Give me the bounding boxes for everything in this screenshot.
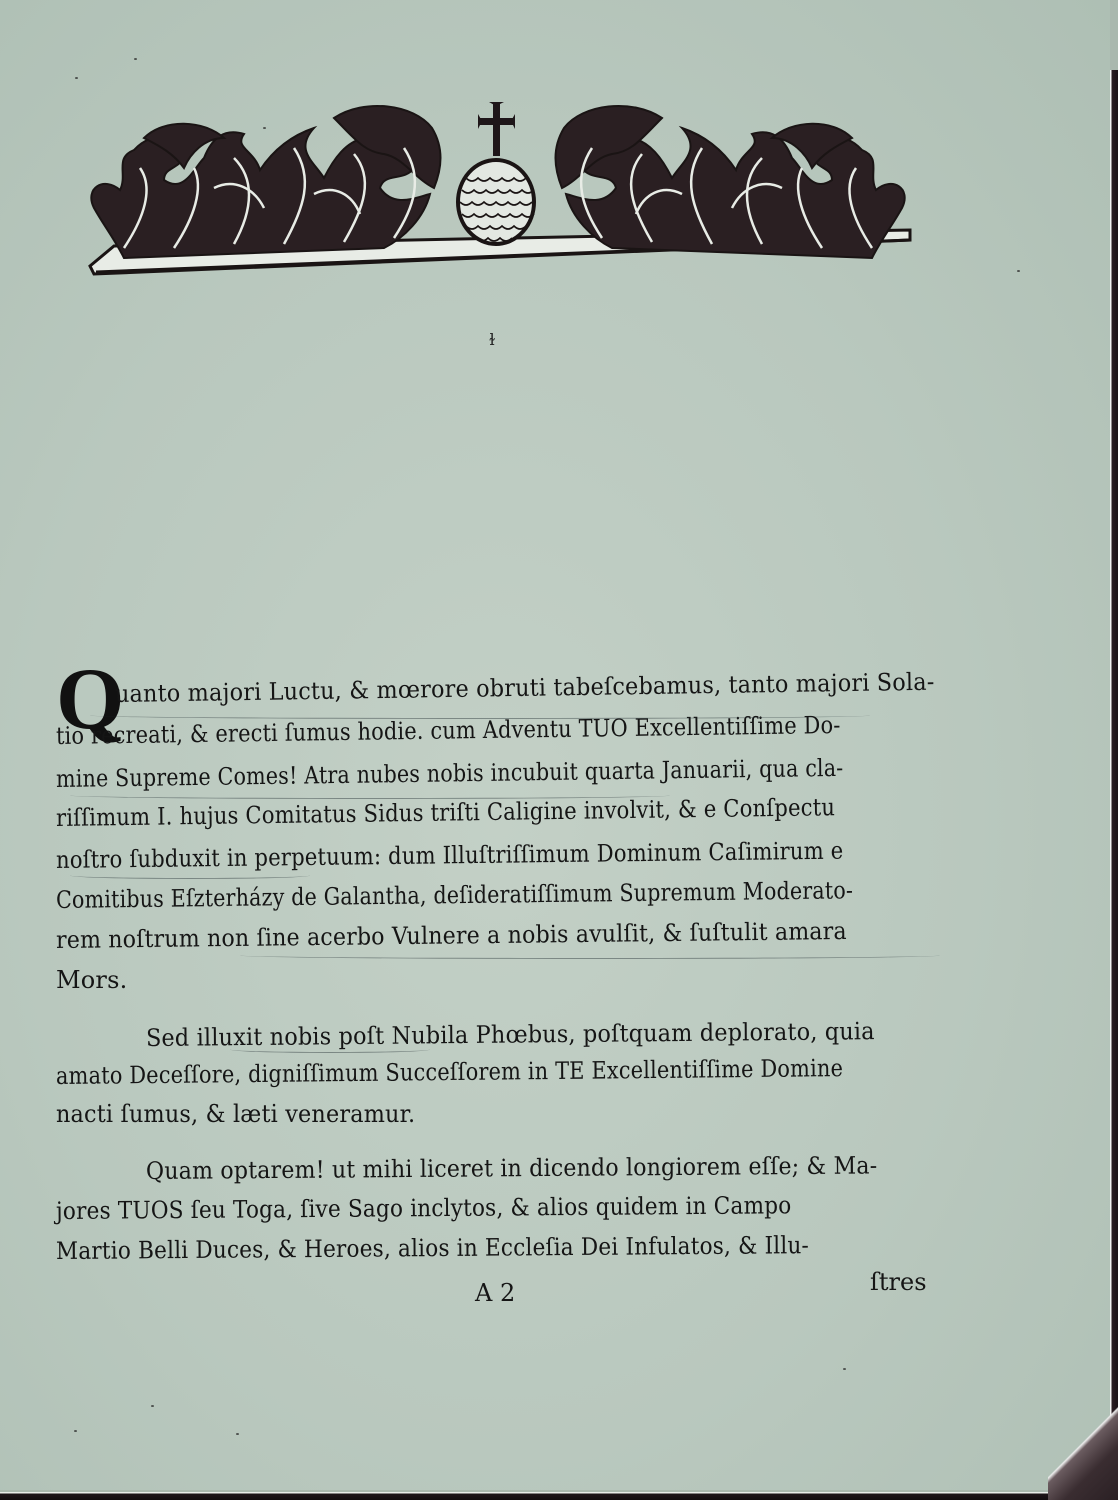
page-edge-shadow	[1110, 70, 1118, 1500]
text-line: jores TUOS ſeu Toga, ſive Sago inclytos,…	[56, 1191, 792, 1225]
paper-speck	[843, 1368, 846, 1370]
text-line: nacti ſumus, & læti veneramur.	[56, 1100, 415, 1128]
pencil-underline	[70, 792, 670, 799]
pencil-underline	[90, 712, 870, 719]
text-line: noſtro ſubduxit in perpetuum: dum Illuſt…	[56, 837, 844, 874]
signature-mark: A 2	[475, 1279, 515, 1307]
text-line: mine Supreme Comes! Atra nubes nobis inc…	[56, 754, 844, 793]
paper-speck	[74, 1430, 77, 1432]
page-corner-curl	[1048, 1390, 1118, 1500]
text-line: riſſimum I. hujus Comitatus Sidus triſti…	[56, 793, 835, 832]
woodcut-headpiece	[84, 98, 912, 276]
text-line: Martio Belli Duces, & Heroes, alios in E…	[56, 1231, 809, 1265]
paper-speck	[151, 1405, 154, 1407]
pencil-underline	[240, 952, 940, 959]
text-line: Comitibus Eſzterházy de Galantha, deſide…	[56, 876, 853, 914]
pencil-underline	[230, 1046, 430, 1053]
pencil-underline	[70, 872, 310, 879]
stray-ink-mark: ɫ	[489, 330, 495, 349]
paper-speck	[236, 1433, 239, 1435]
catchword: ſtres	[870, 1268, 927, 1296]
text-line: Mors.	[56, 966, 127, 994]
acanthus-headpiece-icon	[84, 98, 912, 276]
document-page: ɫ Q uanto majori Luctu, & mœrore obruti …	[0, 0, 1110, 1490]
paper-speck	[1017, 270, 1020, 272]
text-line: amato Deceſſore, digniſſimum Succeſſorem…	[56, 1054, 843, 1090]
page-edge-bottom	[0, 1492, 1118, 1500]
text-line: rem noſtrum non ſine acerbo Vulnere a no…	[56, 917, 847, 954]
text-line: Quam optarem! ut mihi liceret in dicendo…	[146, 1151, 877, 1185]
paper-speck	[75, 77, 78, 79]
text-line: uanto majori Luctu, & mœrore obruti tabe…	[115, 668, 887, 708]
paper-speck	[134, 58, 137, 60]
